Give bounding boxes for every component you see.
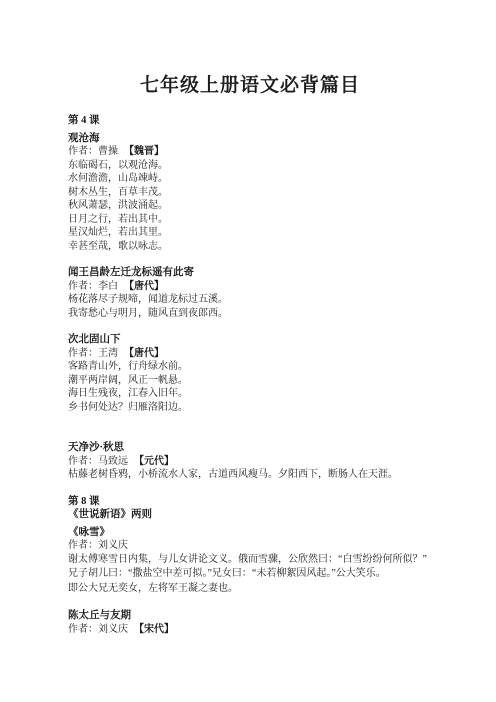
dynasty-tag: 【唐代】 [124, 281, 164, 292]
author-line: 作者：曹操【魏晋】 [68, 145, 432, 159]
poem-wenwangchangling: 闻王昌龄左迁龙标遥有此寄 作者：李白【唐代】 杨花落尽子规啼，闻道龙标过五溪。 … [68, 266, 432, 320]
poem-cibeigushanxia: 次北固山下 作者：王湾【唐代】 客路青山外，行舟绿水前。 潮平两岸阔，风正一帆悬… [68, 333, 432, 414]
dynasty-tag: 【宋代】 [134, 624, 174, 635]
poem-line: 杨花落尽子规啼，闻道龙标过五溪。 [68, 293, 432, 307]
dynasty-tag: 【唐代】 [124, 348, 164, 359]
poem-title: 次北固山下 [68, 333, 432, 347]
poem-line: 星汉灿烂，若出其里。 [68, 226, 432, 240]
poem-line: 枯藤老树昏鸦，小桥流水人家，古道西风瘦马。夕阳西下，断肠人在天涯。 [68, 468, 432, 482]
author-name: 作者：马致远 [68, 456, 128, 467]
poem-line: 东临碣石，以观沧海。 [68, 159, 432, 173]
prose-line: 谢太傅寒雪日内集，与儿女讲论文义。俄而雪骤，公欣然曰：“白雪纷纷何所似？” [68, 553, 432, 568]
lesson-4-heading: 第 4 课 [68, 114, 432, 128]
poem-title: 闻王昌龄左迁龙标遥有此寄 [68, 266, 432, 280]
author-line: 作者：刘义庆 [68, 539, 432, 553]
poem-line: 日月之行，若出其中。 [68, 213, 432, 227]
author-line: 作者：王湾【唐代】 [68, 347, 432, 361]
collection-title: 《世说新语》两则 [68, 508, 432, 522]
author-line: 作者：刘义庆【宋代】 [68, 623, 432, 637]
doc-title: 七年级上册语文必背篇目 [68, 70, 432, 97]
dynasty-tag: 【元代】 [134, 456, 174, 467]
poem-line: 乡书何处达？归雁洛阳边。 [68, 401, 432, 415]
poem-title: 观沧海 [68, 132, 432, 146]
author-line: 作者：马致远【元代】 [68, 455, 432, 469]
piece-chentaiqiu: 陈太丘与友期 作者：刘义庆【宋代】 [68, 609, 432, 636]
poem-line: 水何澹澹，山岛竦峙。 [68, 172, 432, 186]
author-name: 作者：李白 [68, 281, 118, 292]
poem-line: 秋风萧瑟，洪波涌起。 [68, 199, 432, 213]
prose-line: 兄子胡儿曰：“撒盐空中差可拟。”兄女曰：“未若柳絮因风起。”公大笑乐。 [68, 567, 432, 582]
poem-line: 幸甚至哉，歌以咏志。 [68, 240, 432, 254]
poem-line: 树木丛生，百草丰茂。 [68, 186, 432, 200]
lesson-8-heading: 第 8 课 [68, 495, 432, 509]
poem-line: 我寄愁心与明月，随风直到夜郎西。 [68, 307, 432, 321]
poem-line: 客路青山外，行舟绿水前。 [68, 360, 432, 374]
poem-guancanghai: 观沧海 作者：曹操【魏晋】 东临碣石，以观沧海。 水何澹澹，山岛竦峙。 树木丛生… [68, 132, 432, 254]
poem-line: 潮平两岸阔，风正一帆悬。 [68, 374, 432, 388]
piece-title: 《咏雪》 [68, 526, 432, 540]
author-name: 作者：王湾 [68, 348, 118, 359]
piece-yongxue: 《咏雪》 作者：刘义庆 谢太傅寒雪日内集，与儿女讲论文义。俄而雪骤，公欣然曰：“… [68, 526, 432, 597]
document-body: 第 4 课 观沧海 作者：曹操【魏晋】 东临碣石，以观沧海。 水何澹澹，山岛竦峙… [68, 114, 432, 636]
document-page: 七年级上册语文必背篇目 第 4 课 观沧海 作者：曹操【魏晋】 东临碣石，以观沧… [0, 0, 496, 702]
author-name: 作者：刘义庆 [68, 624, 128, 635]
poem-tianjingsha-qiusi: 天净沙·秋思 作者：马致远【元代】 枯藤老树昏鸦，小桥流水人家，古道西风瘦马。夕… [68, 441, 432, 482]
author-name: 作者：曹操 [68, 146, 118, 157]
poem-line: 海日生残夜，江春入旧年。 [68, 387, 432, 401]
prose-line: 即公大兄无奕女，左将军王凝之妻也。 [68, 582, 432, 597]
author-line: 作者：李白【唐代】 [68, 280, 432, 294]
dynasty-tag: 【魏晋】 [124, 146, 164, 157]
piece-title: 陈太丘与友期 [68, 609, 432, 623]
author-name: 作者：刘义庆 [68, 540, 128, 551]
poem-title: 天净沙·秋思 [68, 441, 432, 455]
